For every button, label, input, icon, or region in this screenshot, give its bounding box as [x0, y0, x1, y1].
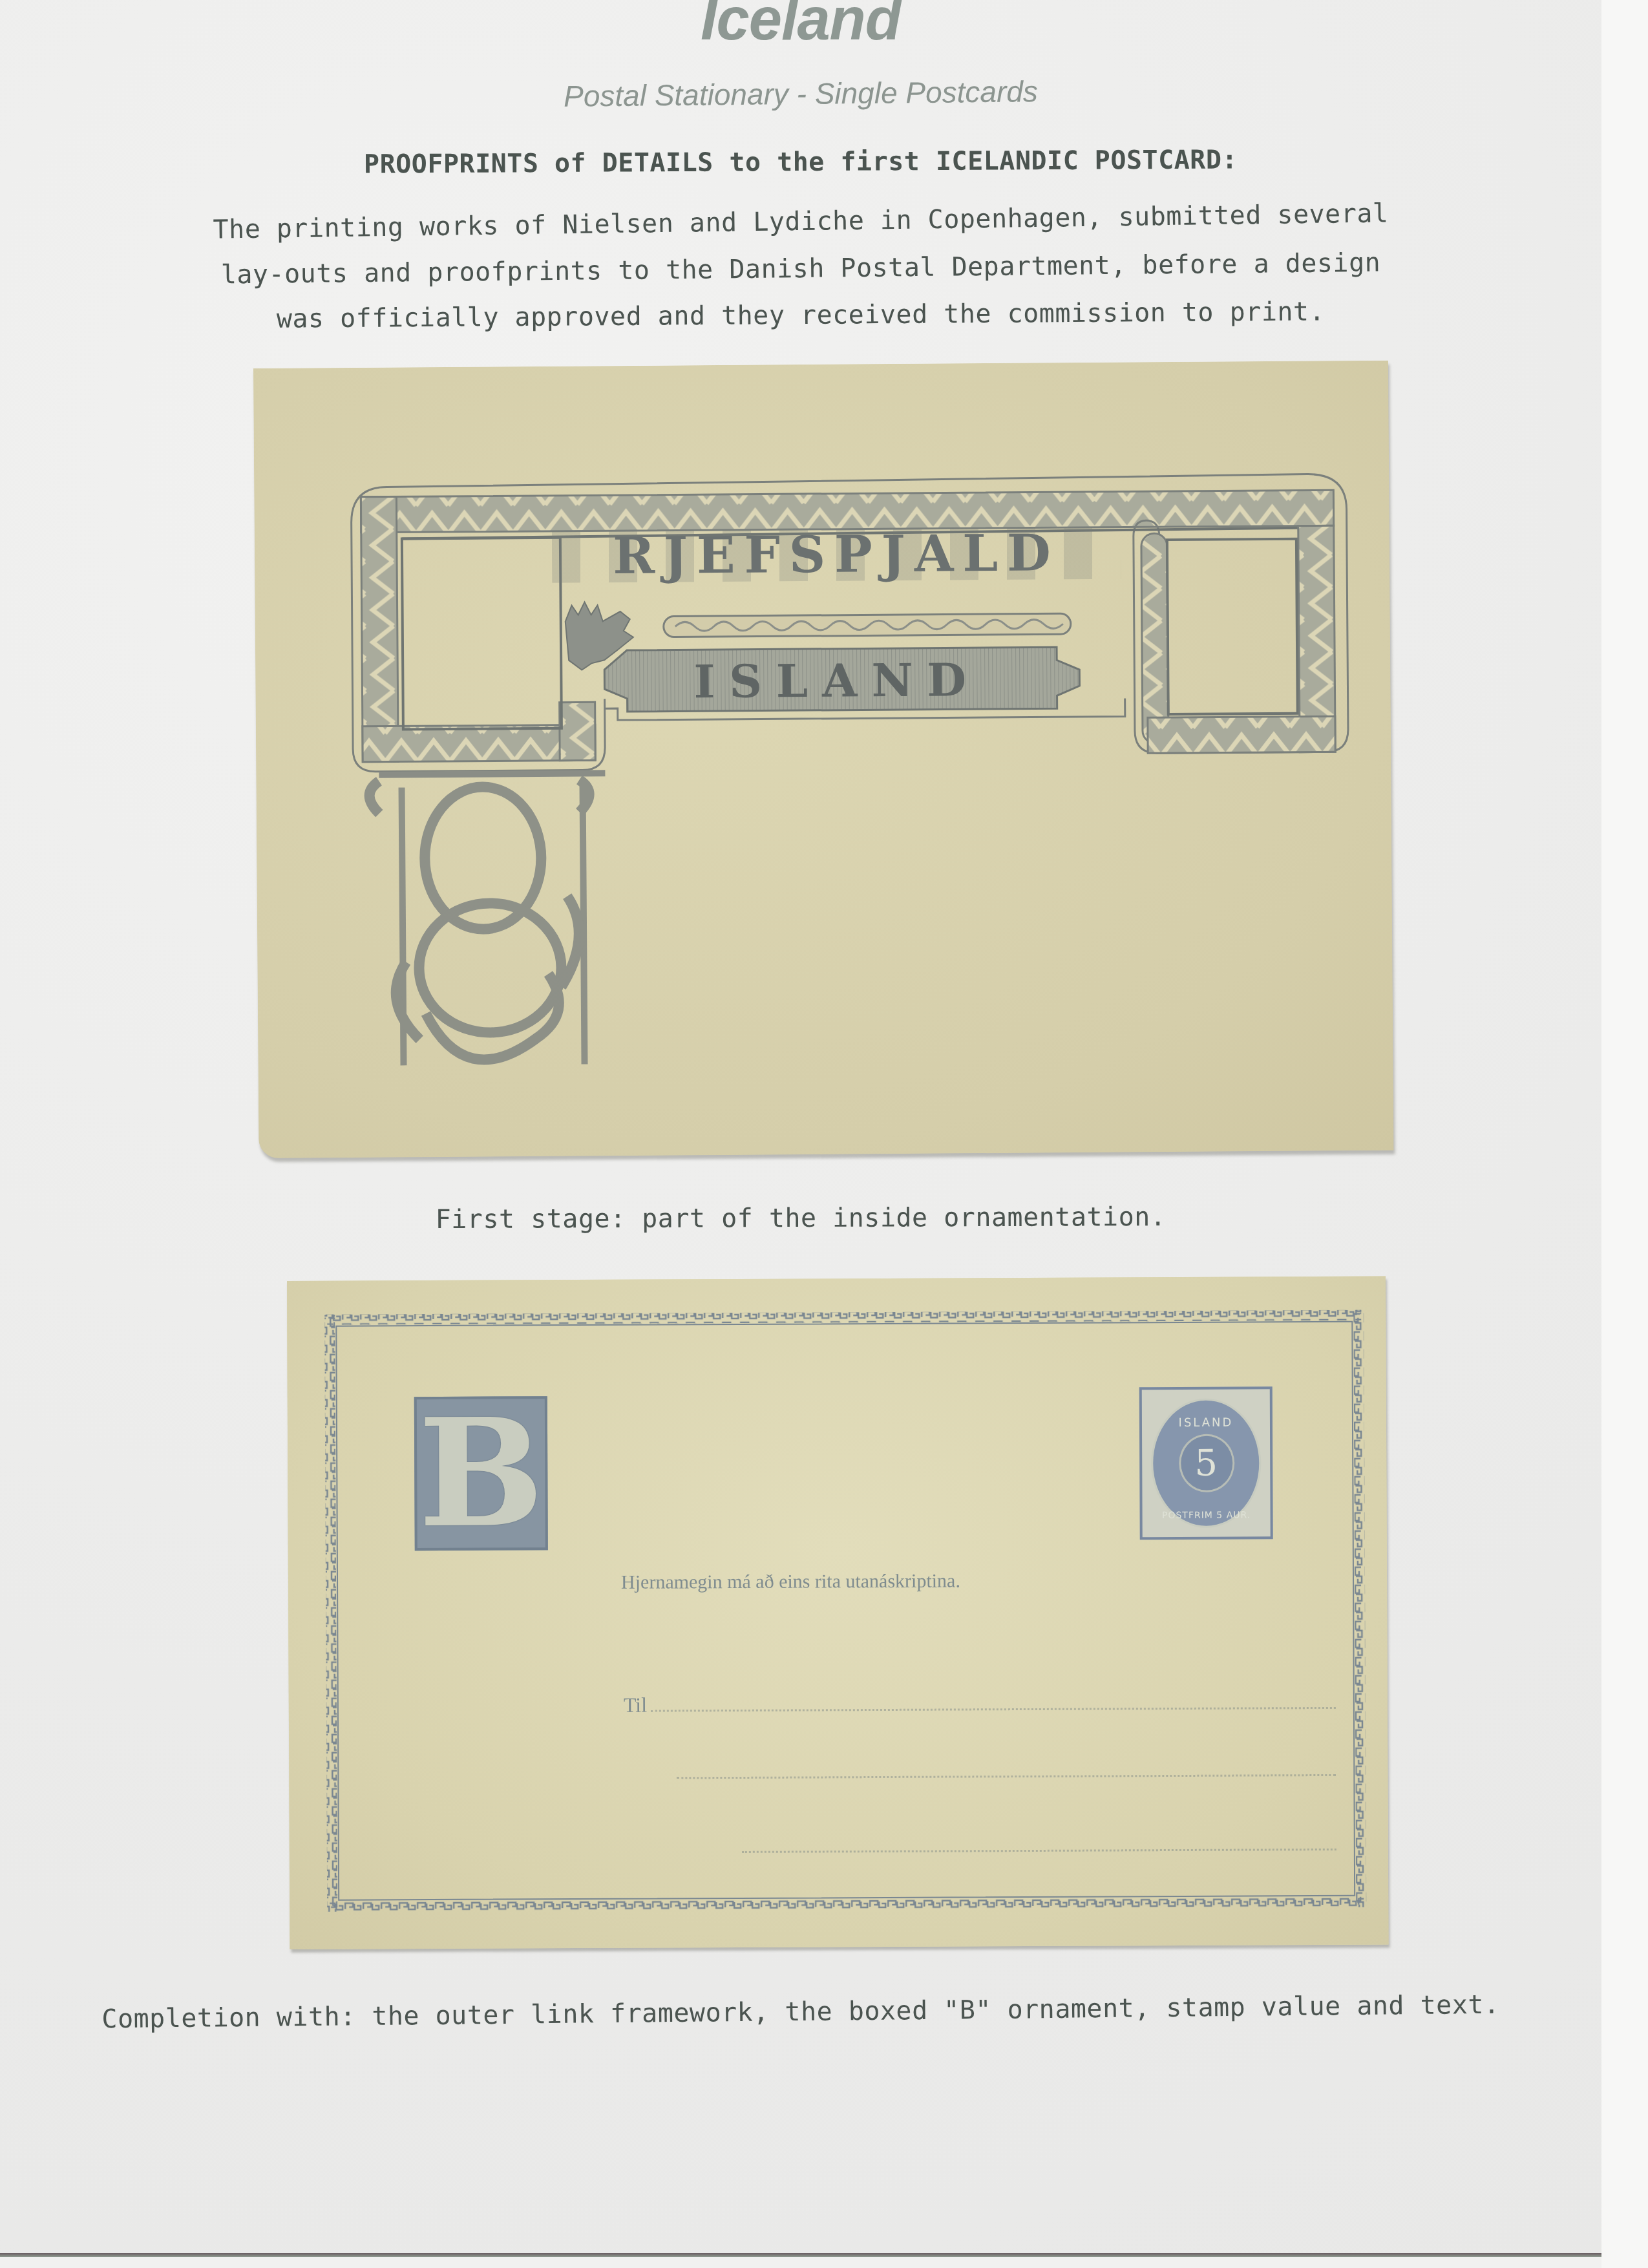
- page-edge: [0, 2253, 1601, 2257]
- stamp-country: ISLAND: [1153, 1415, 1259, 1430]
- card-plaque-island: ISLAND: [656, 654, 1019, 708]
- imprinted-stamp: ISLAND 5 POSTFRIM 5 AUR.: [1139, 1386, 1273, 1540]
- card-title-rjefspjald: RJEFSPJALD: [552, 527, 1121, 583]
- address-label: Til: [624, 1693, 647, 1717]
- ornament-letter: B: [418, 1399, 544, 1548]
- proof-card-completed: B ISLAND 5 POSTFRIM 5 AUR. Hjernamegin m…: [287, 1277, 1388, 1949]
- boxed-b-ornament: B: [414, 1396, 548, 1551]
- address-instruction: Hjernamegin má að eins rita utanáskripti…: [621, 1570, 960, 1593]
- page-title: Iceland: [0, 0, 1601, 54]
- stamp-legend: POSTFRIM 5 AUR.: [1154, 1510, 1260, 1521]
- scan-margin: [1601, 0, 1648, 2268]
- ornamental-frame: [253, 361, 1393, 1158]
- proof-card-first-stage: RJEFSPJALD ISLAND: [253, 361, 1393, 1158]
- stamp-oval: ISLAND 5 POSTFRIM 5 AUR.: [1151, 1398, 1262, 1528]
- caption-first-stage: First stage: part of the inside ornament…: [0, 1201, 1601, 1236]
- stamp-value: 5: [1153, 1445, 1259, 1482]
